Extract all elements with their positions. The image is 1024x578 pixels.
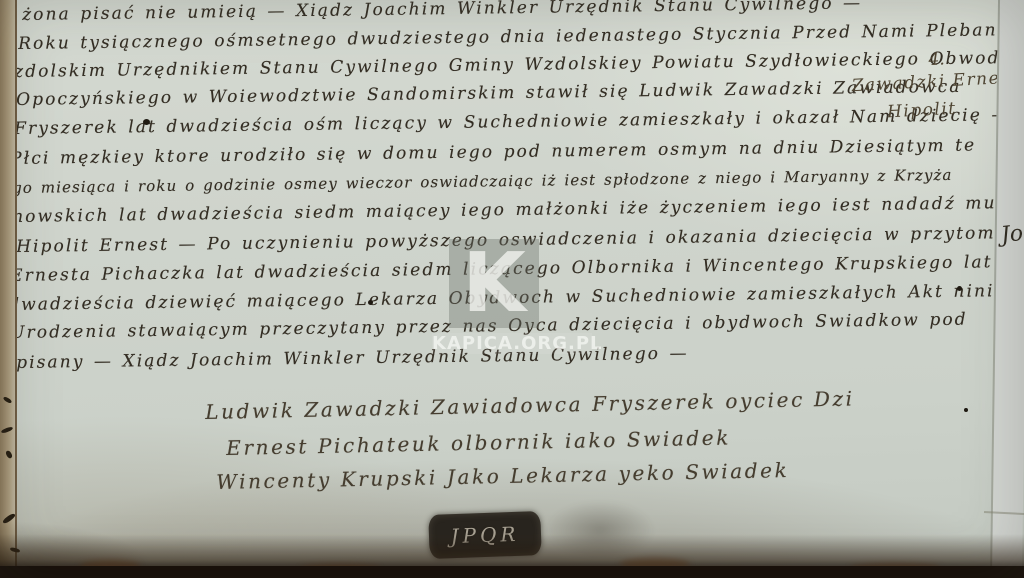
signature-line: Wincenty Krupski Jako Lekarza yeko Swiad… bbox=[216, 458, 790, 494]
signature-line: Ludwik Zawadzki Zawiadowca Fryszerek oyc… bbox=[205, 386, 855, 424]
document-scan: żona pisać nie umieią — Xiądz Joachim Wi… bbox=[0, 0, 1024, 578]
watermark-k-logo: K bbox=[462, 243, 526, 325]
watermark-url-text: KAPICA.ORG.PL bbox=[432, 333, 592, 354]
adjacent-page-text-fragment: Jo bbox=[1000, 221, 1024, 248]
text-line: Opoczyńskiego w Woiewodztwie Sandomirski… bbox=[16, 77, 962, 110]
act-name-surname: Zawadzki Ernest bbox=[851, 67, 1019, 96]
scan-bottom-edge bbox=[0, 566, 1024, 578]
signature-line: Ernest Pichateuk olbornik iako Swiadek bbox=[226, 425, 731, 460]
text-line: żona pisać nie umieią — Xiądz Joachim Wi… bbox=[22, 0, 862, 25]
watermark-logo-box: K bbox=[449, 239, 539, 328]
text-line: nowskich lat dwadzieścia siedm maiącey i… bbox=[12, 192, 1024, 227]
margin-annotation: 4. Zawadzki Ernest Hipolit bbox=[850, 46, 1014, 134]
ink-blot bbox=[143, 119, 150, 125]
ink-blot bbox=[368, 300, 373, 305]
text-line: Roku tysiącznego ośmsetnego dwudziestego… bbox=[18, 19, 1024, 54]
ink-blot bbox=[964, 408, 968, 412]
act-name-given: Hipolit bbox=[887, 99, 958, 123]
ink-blot bbox=[957, 286, 962, 291]
text-line: go miesiąca i roku o godzinie osmey wiec… bbox=[12, 166, 953, 197]
book-binding-edge bbox=[0, 0, 17, 578]
text-line: Płci męzkiey ktore urodziło się w domu i… bbox=[10, 136, 976, 169]
act-number: 4. bbox=[928, 49, 945, 70]
